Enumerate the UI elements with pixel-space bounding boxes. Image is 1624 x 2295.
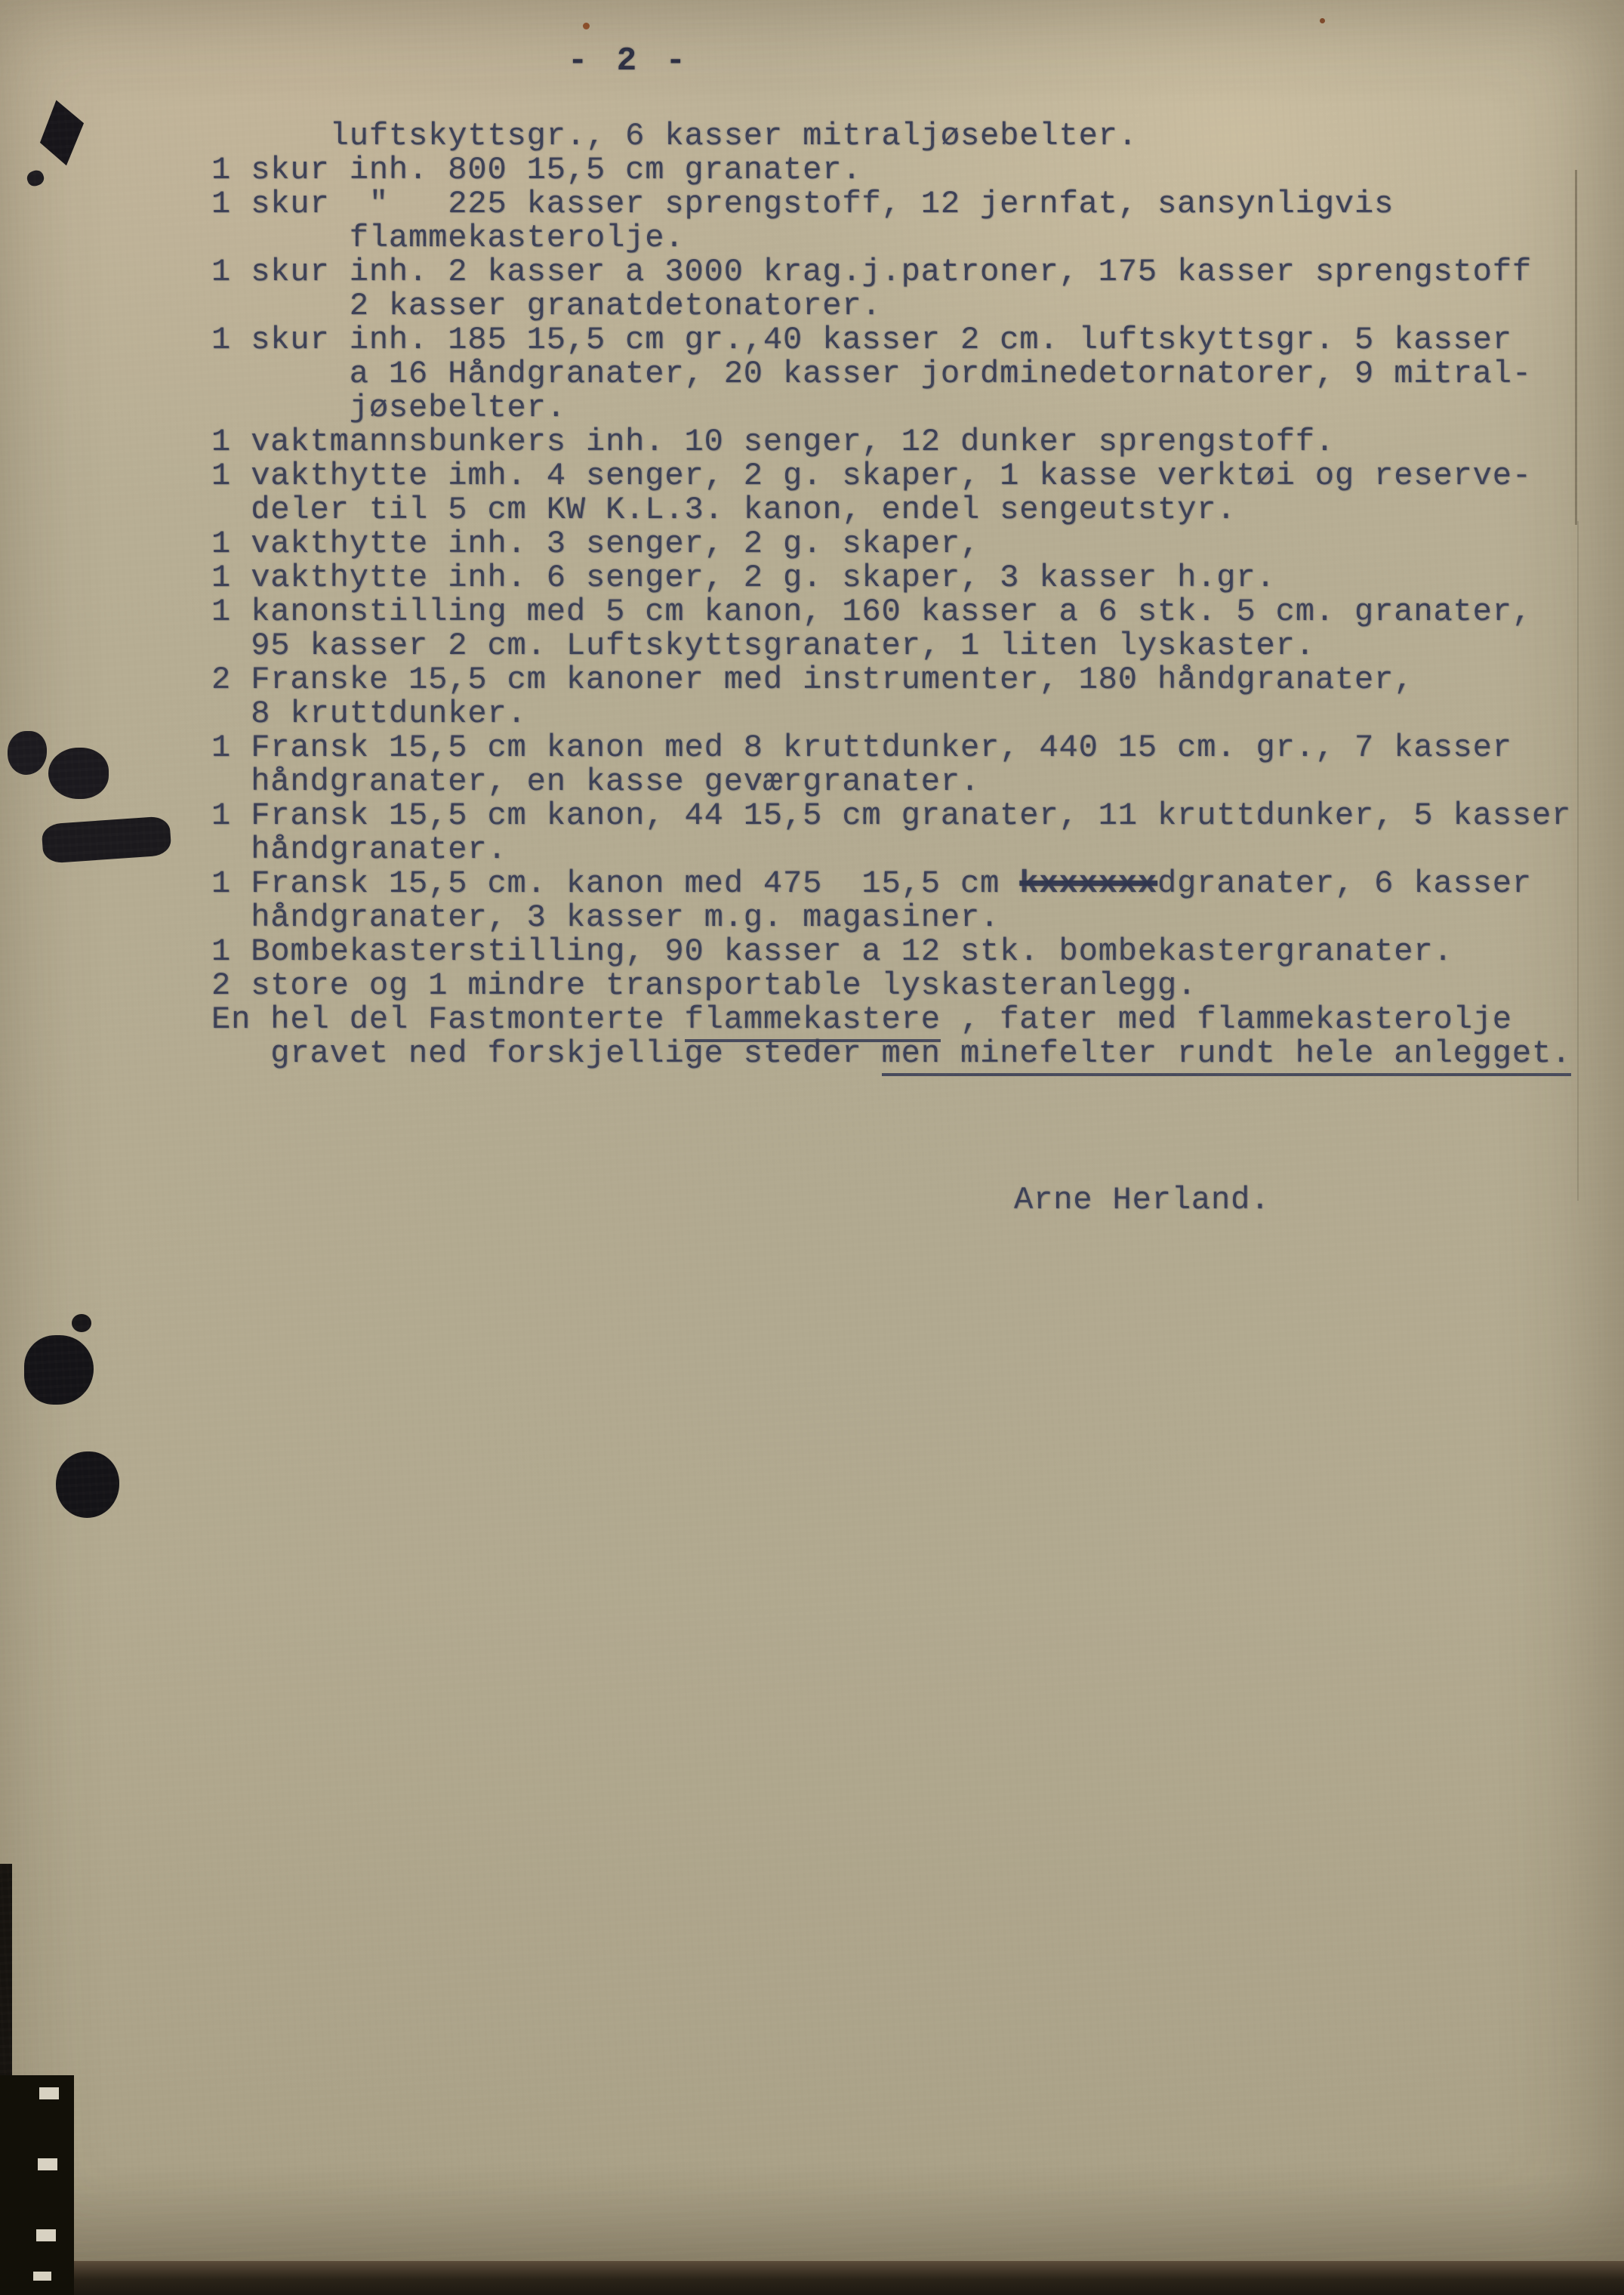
text-line: luftskyttsgr., 6 kasser mitraljøsebelter… (211, 119, 1571, 153)
text-line: 1 vakthytte imh. 4 senger, 2 g. skaper, … (211, 459, 1571, 493)
punch-hole-mark (56, 1451, 119, 1518)
text-line: 1 Fransk 15,5 cm. kanon med 475 15,5 cm … (211, 867, 1571, 901)
text-line: 2 kasser granatdetonatorer. (211, 289, 1571, 323)
text-line: håndgranater, en kasse geværgranater. (211, 765, 1571, 799)
paper-edge-shadow (1577, 521, 1579, 1201)
text-line: håndgranater, 3 kasser m.g. magasiner. (211, 901, 1571, 935)
paper-edge-shadow (1575, 170, 1577, 525)
ruler-tick (36, 2229, 56, 2241)
ink-blob (8, 731, 47, 775)
text-line: flammekasterolje. (211, 221, 1571, 255)
paper-speck (1320, 18, 1325, 23)
text-line: 2 Franske 15,5 cm kanoner med instrument… (211, 663, 1571, 697)
ruler-tick (39, 2087, 59, 2099)
torn-paper-mark (25, 168, 46, 188)
ruler-tick (38, 2158, 57, 2170)
page-number: - 2 - (568, 42, 690, 80)
text-line: 95 kasser 2 cm. Luftskyttsgranater, 1 li… (211, 629, 1571, 663)
text-line: 1 kanonstilling med 5 cm kanon, 160 kass… (211, 595, 1571, 629)
text-line: 1 Fransk 15,5 cm kanon med 8 kruttdunker… (211, 731, 1571, 765)
text-line: 1 vakthytte inh. 6 senger, 2 g. skaper, … (211, 561, 1571, 595)
ruler-tick (33, 2272, 51, 2281)
text-line: deler til 5 cm KW K.L.3. kanon, endel se… (211, 493, 1571, 527)
text-line: 1 vaktmannsbunkers inh. 10 senger, 12 du… (211, 425, 1571, 459)
text-line: jøsebelter. (211, 391, 1571, 425)
signature: Arne Herland. (1014, 1182, 1270, 1218)
scanned-page: - 2 - luftskyttsgr., 6 kasser mitraljøse… (0, 0, 1624, 2263)
text-line: håndgranater. (211, 833, 1571, 867)
text-line: 1 Fransk 15,5 cm kanon, 44 15,5 cm grana… (211, 799, 1571, 833)
text-line: gravet ned forskjellige steder men minef… (211, 1037, 1571, 1071)
text-line: 1 Bombekasterstilling, 90 kasser a 12 st… (211, 935, 1571, 969)
typewritten-text-block: luftskyttsgr., 6 kasser mitraljøsebelter… (211, 119, 1571, 1071)
text-line: 1 skur inh. 185 15,5 cm gr.,40 kasser 2 … (211, 323, 1571, 357)
ink-blob (48, 748, 109, 799)
punch-hole-mark (24, 1335, 94, 1405)
scan-edge-strip (0, 1864, 12, 2090)
text-line: a 16 Håndgranater, 20 kasser jordminedet… (211, 357, 1571, 391)
punch-hole-mark (72, 1314, 91, 1332)
text-line: En hel del Fastmonterte flammekastere , … (211, 1003, 1571, 1037)
torn-paper-mark (37, 99, 86, 168)
text-line: 1 vakthytte inh. 3 senger, 2 g. skaper, (211, 527, 1571, 561)
text-line: 8 kruttdunker. (211, 697, 1571, 731)
paper-speck (583, 23, 590, 29)
text-line: 1 skur inh. 2 kasser a 3000 krag.j.patro… (211, 255, 1571, 289)
text-line: 1 skur inh. 800 15,5 cm granater. (211, 153, 1571, 187)
text-line: 1 skur " 225 kasser sprengstoff, 12 jern… (211, 187, 1571, 221)
scan-background-band (0, 2261, 1624, 2295)
scan-ruler-strip (0, 2075, 74, 2295)
ink-streak (41, 816, 171, 864)
text-line: 2 store og 1 mindre transportable lyskas… (211, 969, 1571, 1003)
